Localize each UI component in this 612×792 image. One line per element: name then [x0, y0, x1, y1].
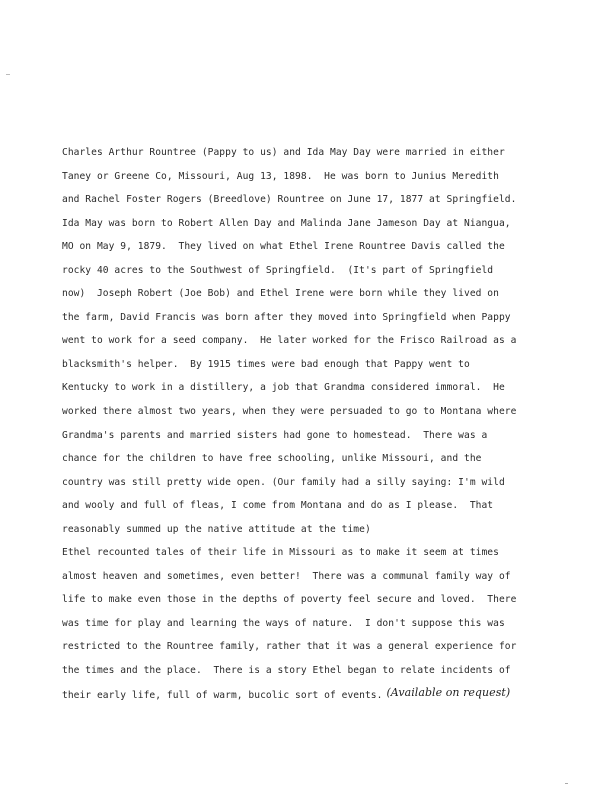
- typed-text-body: Charles Arthur Rountree (Pappy to us) an…: [62, 141, 602, 706]
- text-line: and Rachel Foster Rogers (Breedlove) Rou…: [62, 188, 602, 212]
- text-line: Grandma's parents and married sisters ha…: [62, 424, 602, 448]
- text-line-last: their early life, full of warm, bucolic …: [62, 683, 602, 707]
- scan-artifact: [565, 783, 568, 784]
- text-line: life to make even those in the depths of…: [62, 588, 602, 612]
- text-line: restricted to the Rountree family, rathe…: [62, 635, 602, 659]
- text-line: now) Joseph Robert (Joe Bob) and Ethel I…: [62, 282, 602, 306]
- document-page: Charles Arthur Rountree (Pappy to us) an…: [0, 0, 612, 792]
- text-line: rocky 40 acres to the Southwest of Sprin…: [62, 259, 602, 283]
- handwritten-note: (Available on request): [386, 686, 510, 699]
- text-line: country was still pretty wide open. (Our…: [62, 471, 602, 495]
- text-line: Taney or Greene Co, Missouri, Aug 13, 18…: [62, 165, 602, 189]
- text-line: reasonably summed up the native attitude…: [62, 518, 602, 542]
- text-line: Ethel recounted tales of their life in M…: [62, 541, 602, 565]
- text-line: chance for the children to have free sch…: [62, 447, 602, 471]
- text-line: went to work for a seed company. He late…: [62, 329, 602, 353]
- text-line: worked there almost two years, when they…: [62, 400, 602, 424]
- text-line: almost heaven and sometimes, even better…: [62, 565, 602, 589]
- scan-artifact: [6, 74, 10, 75]
- text-line-content: their early life, full of warm, bucolic …: [62, 690, 382, 701]
- text-line: was time for play and learning the ways …: [62, 612, 602, 636]
- text-line: the farm, David Francis was born after t…: [62, 306, 602, 330]
- text-line: blacksmith's helper. By 1915 times were …: [62, 353, 602, 377]
- text-line: Kentucky to work in a distillery, a job …: [62, 376, 602, 400]
- text-line: Ida May was born to Robert Allen Day and…: [62, 212, 602, 236]
- text-line: Charles Arthur Rountree (Pappy to us) an…: [62, 141, 602, 165]
- text-line: MO on May 9, 1879. They lived on what Et…: [62, 235, 602, 259]
- text-line: the times and the place. There is a stor…: [62, 659, 602, 683]
- text-line: and wooly and full of fleas, I come from…: [62, 494, 602, 518]
